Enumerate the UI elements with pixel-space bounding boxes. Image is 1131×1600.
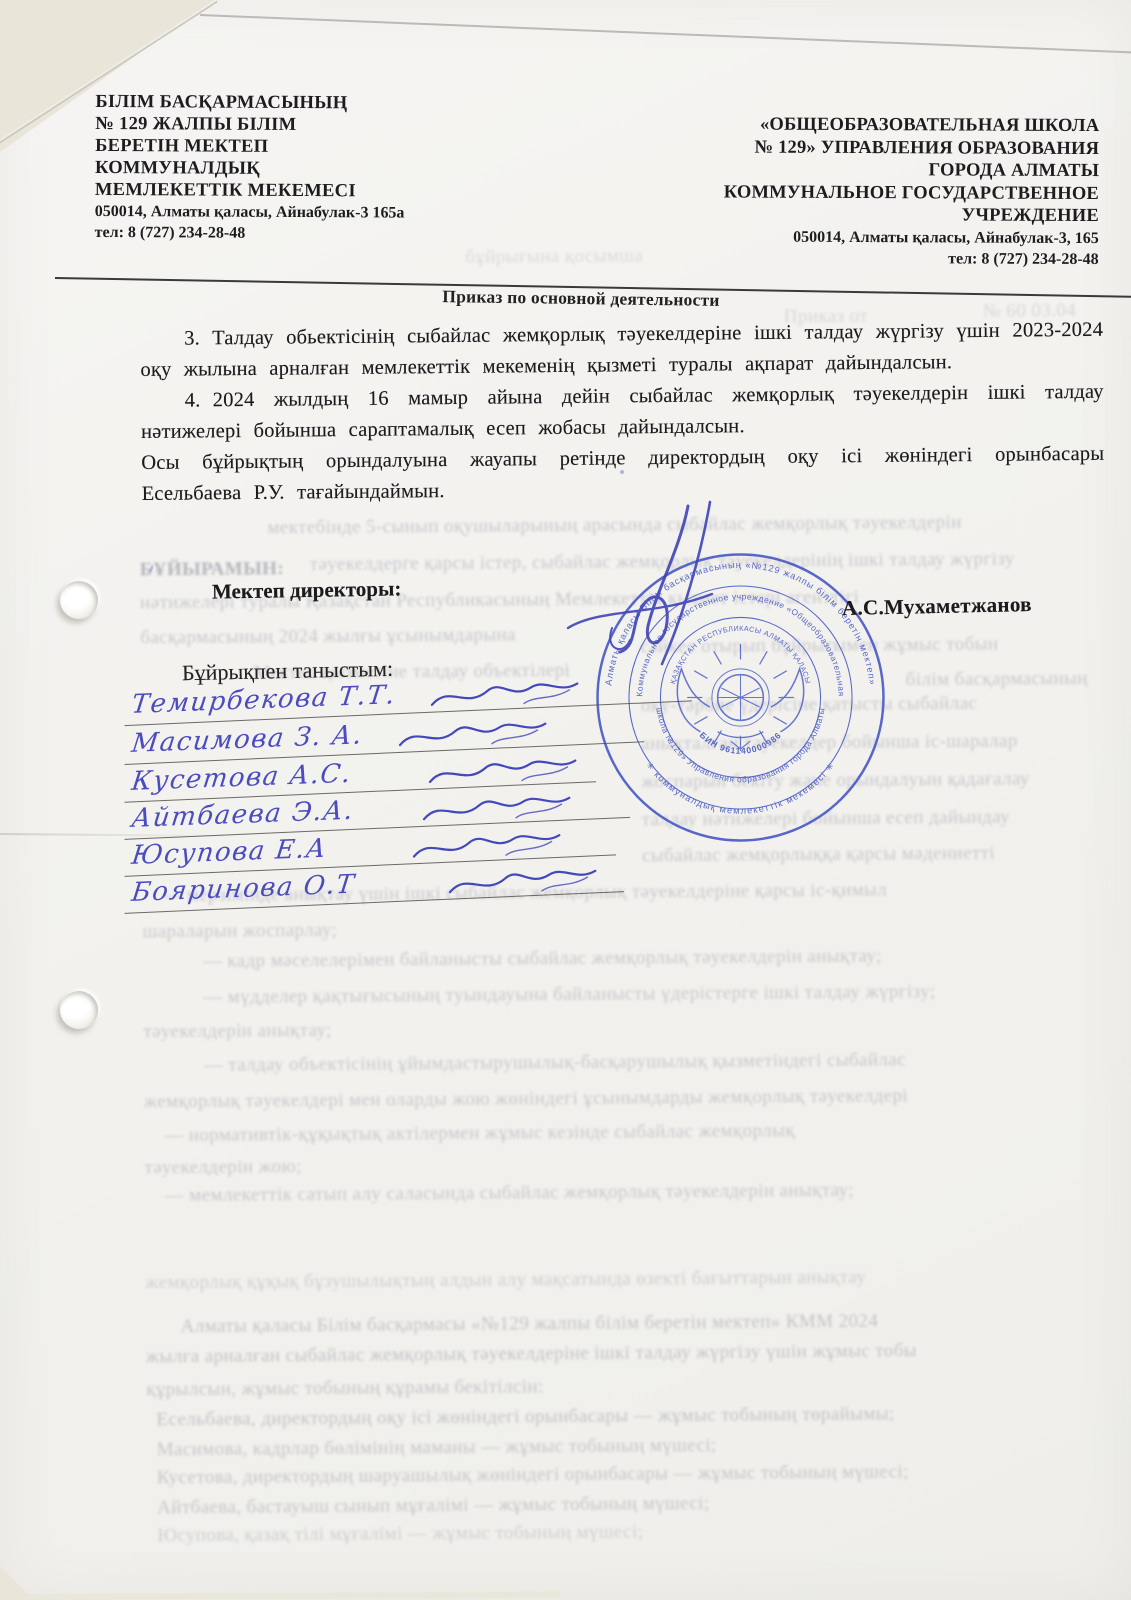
ink-speck	[620, 470, 624, 474]
director-name: А.С.Мухаметжанов	[842, 592, 1032, 621]
ghost-bleedthrough-line: шараларын жоспарлау;	[143, 919, 463, 944]
letterhead-russian: «ОБЩЕОБРАЗОВАТЕЛЬНАЯ ШКОЛА№ 129» УПРАВЛЕ…	[599, 113, 1100, 270]
ghost-bleedthrough-line: тәуекелдерін жою;	[144, 1155, 466, 1180]
letterhead-line: КОММУНАЛЬНОЕ ГОСУДАРСТВЕННОЕ	[599, 180, 1099, 205]
letterhead-kazakh-phone: тел: 8 (727) 234-28-48	[95, 222, 495, 245]
ghost-bleedthrough-line: — кадр мәселелерімен байланысты сыбайлас…	[203, 944, 1103, 973]
item-text: Талдау обьектісінің сыбайлас жемқорлық т…	[140, 319, 1103, 381]
letterhead-line: БІЛІМ БАСҚАРМАСЫНЫҢ	[95, 91, 495, 115]
letterhead-line: № 129» УПРАВЛЕНИЯ ОБРАЗОВАНИЯ	[599, 135, 1099, 160]
letterhead-line: ГОРОДА АЛМАТЫ	[599, 158, 1099, 183]
punch-hole-top	[60, 581, 98, 619]
ghost-bleedthrough-line: Алматы қаласы Білім басқармасы «№129 жал…	[181, 1309, 1111, 1338]
letterhead-russian-phone: тел: 8 (727) 234-28-48	[599, 246, 1099, 269]
ghost-bleedthrough-line: Масимова, кадрлар бөлімінің маманы — жұм…	[157, 1434, 862, 1462]
letterhead-line: № 129 ЖАЛПЫ БІЛІМ	[95, 113, 495, 137]
ghost-bleedthrough-line: Кусетова, директордың шаруашылық жөнінде…	[157, 1461, 952, 1489]
ghost-bleedthrough-line: жылға арналған сыбайлас жемқорлық тәуеке…	[146, 1339, 1096, 1368]
letterhead-line: БЕРЕТІН МЕКТЕП	[95, 135, 495, 159]
scanned-order-document: { "document_type": "Приказ (scanned orde…	[0, 0, 1131, 1600]
signatory-name: Юсупова Е.А	[130, 834, 329, 871]
order-item-4: 4.2024 жылдың 16 мамыр айына дейін сыбай…	[141, 377, 1105, 448]
ghost-bleedthrough-line: басқармасының 2024 жылғы ұсынымдарына	[140, 624, 600, 650]
order-body-text: 3.Талдау обьектісінің сыбайлас жемқорлық…	[140, 315, 1105, 510]
ghost-bleedthrough-line: тәуекелдерін анықтау;	[143, 1019, 405, 1043]
letterhead-russian-address: 050014, Алматы қаласы, Айнабулак-3, 165	[599, 225, 1099, 248]
ghost-bleedthrough-line: жемқорлық тәуекелдері мен оларды жою жөн…	[144, 1084, 1092, 1113]
item-text: 2024 жылдың 16 мамыр айына дейін сыбайла…	[141, 381, 1104, 443]
ghost-bleedthrough-line: Айтбаева, бастауыш сынып мұғалімі — жұмы…	[157, 1491, 917, 1519]
letterhead-line: УЧРЕЖДЕНИЕ	[599, 203, 1099, 228]
ghost-bleedthrough-line: — нормативтік-құқықтық актілермен жұмыс …	[164, 1118, 1024, 1147]
ghost-bleedthrough-line: Юсупова, қазақ тілі мұғалімі — жұмыс тоб…	[157, 1519, 897, 1547]
letterhead-line: КОММУНАЛДЫҚ	[95, 157, 495, 181]
ghost-bleedthrough-line: Есельбаева, директордың оқу ісі жөніндег…	[156, 1402, 1091, 1431]
punch-hole-bottom	[60, 991, 98, 1029]
letterhead-russian-lines: «ОБЩЕОБРАЗОВАТЕЛЬНАЯ ШКОЛА№ 129» УПРАВЛЕ…	[599, 113, 1099, 228]
letterhead-kazakh-lines: БІЛІМ БАСҚАРМАСЫНЫҢ№ 129 ЖАЛПЫ БІЛІМБЕРЕ…	[95, 91, 496, 203]
ghost-bleedthrough-line: — мүдделер қақтығысының туындауына байла…	[203, 980, 1103, 1009]
ghost-bleedthrough-line: жемқорлық құқық бұзушылықтың алдын алу м…	[145, 1265, 1095, 1294]
item-number: 3.	[162, 323, 212, 354]
director-label: Мектеп директоры:	[212, 576, 402, 604]
order-item-3: 3.Талдау обьектісінің сыбайлас жемқорлық…	[140, 315, 1104, 386]
ghost-bleedthrough-line: — мемлекеттік сатып алу саласында сыбайл…	[165, 1178, 1065, 1207]
letterhead-kazakh: БІЛІМ БАСҚАРМАСЫНЫҢ№ 129 ЖАЛПЫ БІЛІМБЕРЕ…	[95, 91, 496, 245]
director-signature	[560, 500, 775, 675]
letterhead-line: МЕМЛЕКЕТТІК МЕКЕМЕСІ	[95, 179, 495, 203]
letterhead-kazakh-address: 050014, Алматы қаласы, Айнабулак-3 165а	[95, 201, 495, 224]
ghost-bleedthrough-line: білім басқармасының	[906, 668, 1101, 692]
item-number: 4.	[163, 385, 213, 416]
letterhead-line: «ОБЩЕОБРАЗОВАТЕЛЬНАЯ ШКОЛА	[599, 113, 1099, 138]
ghost-bleedthrough-line: — талдау объектісінің ұйымдастырушылық-б…	[204, 1048, 1124, 1077]
ghost-bleedthrough-line: құрылсын, жұмыс тобының құрамы бекітілсі…	[146, 1375, 676, 1401]
